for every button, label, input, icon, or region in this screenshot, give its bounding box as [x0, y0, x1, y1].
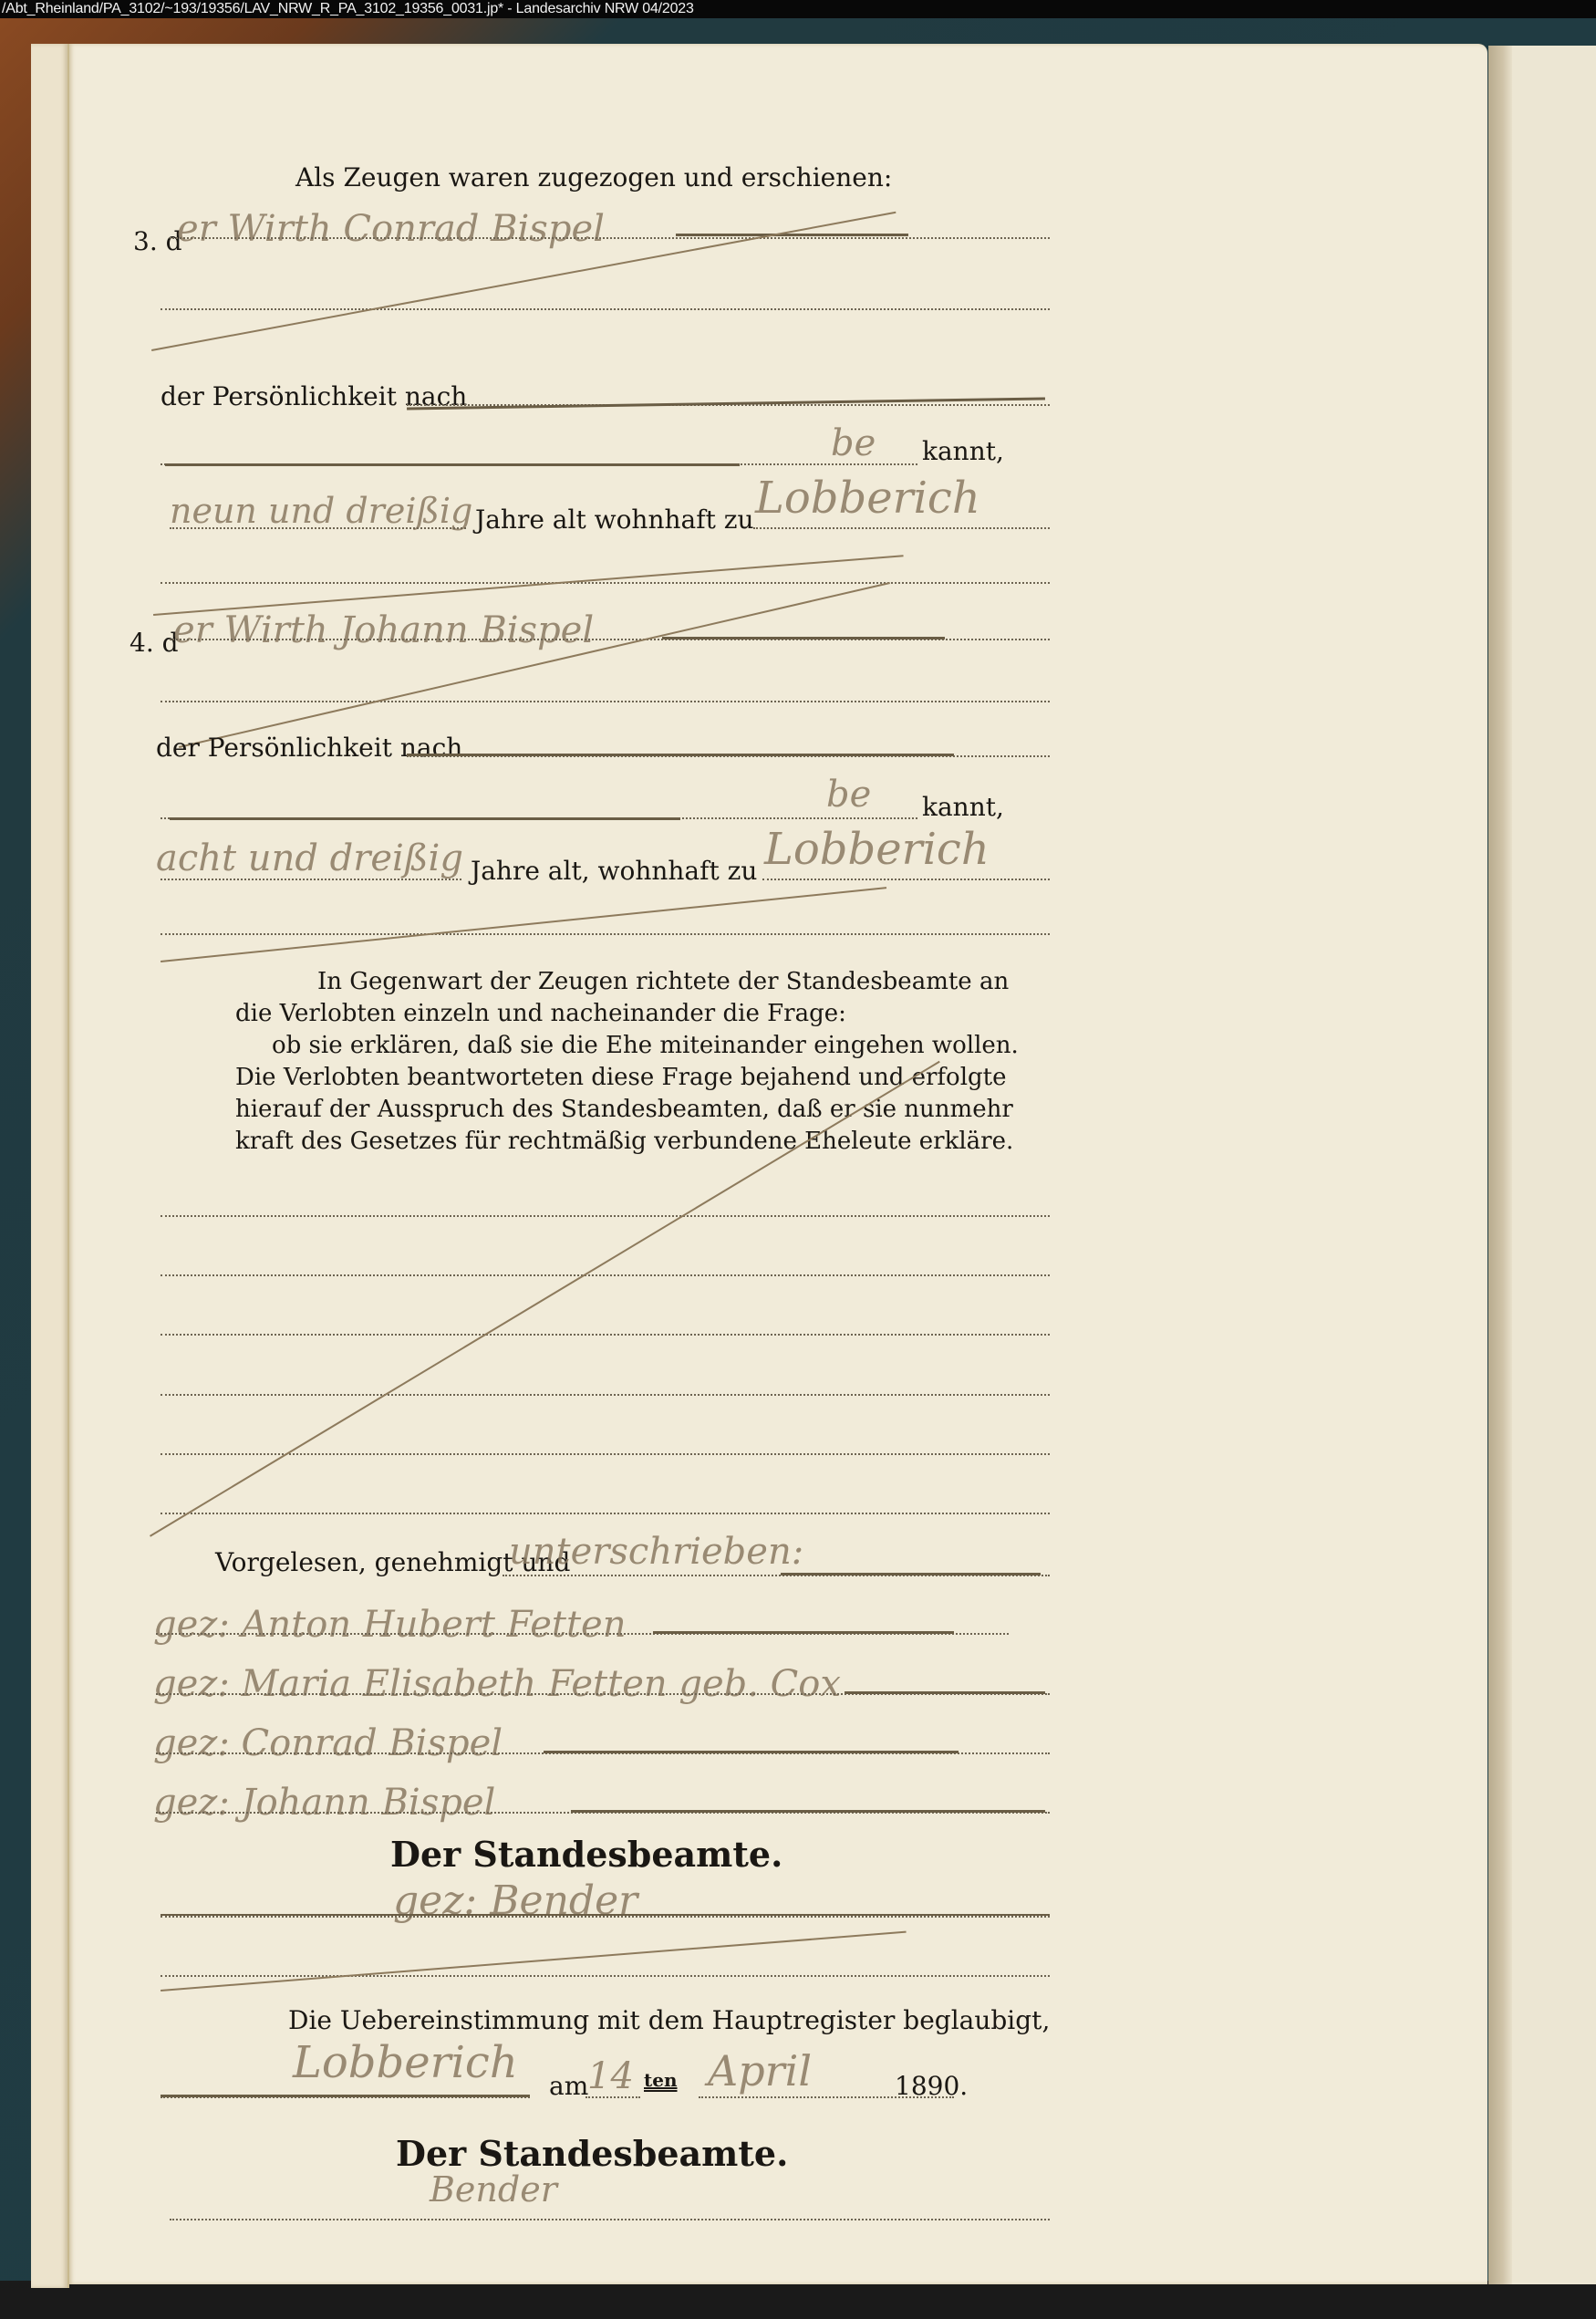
witness-4-residence: Lobberich — [764, 824, 990, 875]
signature-line: gez: Johann Bispel — [153, 1782, 495, 1824]
ceremony-line: die Verlobten einzeln und nacheinander d… — [235, 997, 846, 1030]
certification-year: 1890. — [895, 2071, 968, 2101]
page-stack-edge — [31, 44, 69, 2288]
signature-line: gez: Anton Hubert Fetten — [153, 1604, 626, 1646]
final-registrar-title: Der Standesbeamte. — [396, 2133, 788, 2174]
witness-4-age-handwritten: acht und dreißig — [156, 837, 463, 879]
witness-4-name: er Wirth Johann Bispel — [173, 609, 594, 651]
witness-3-number: 3. d — [133, 226, 182, 256]
read-approved-handwritten: unterschrieben: — [509, 1531, 803, 1573]
facing-page — [1512, 46, 1596, 2284]
final-registrar-signature: Bender — [430, 2169, 557, 2210]
witness-4-known-handwritten: be — [826, 774, 871, 816]
certification-am: am — [549, 2071, 588, 2101]
registrar-title: Der Standesbeamte. — [390, 1834, 782, 1875]
witness-4-number: 4. d — [130, 628, 179, 658]
book-gutter — [1488, 46, 1512, 2284]
window-title: /Abt_Rheinland/PA_3102/~193/19356/LAV_NR… — [0, 0, 1596, 18]
signature-line: gez: Maria Elisabeth Fetten geb. Cox — [153, 1663, 841, 1705]
certification-text: Die Uebereinstimmung mit dem Hauptregist… — [288, 2005, 1050, 2035]
certification-month: April — [708, 2046, 812, 2095]
witnesses-heading: Als Zeugen waren zugezogen und erschiene… — [295, 162, 892, 192]
witness-3-known-printed: kannt, — [922, 436, 1004, 466]
ceremony-line: hierauf der Ausspruch des Standesbeamten… — [235, 1093, 1013, 1126]
certification-ten: ten — [644, 2069, 678, 2091]
certification-day: 14 — [587, 2055, 634, 2097]
book-cover-bottom — [0, 2281, 1596, 2319]
witness-3-age-printed: Jahre alt wohnhaft zu — [475, 504, 754, 535]
witness-3-name: er Wirth Conrad Bispel — [177, 208, 605, 250]
witness-3-residence: Lobberich — [755, 473, 980, 524]
ceremony-line: ob sie erklären, daß sie die Ehe miteina… — [272, 1029, 1019, 1062]
witness-4-personality-label: der Persönlichkeit nach — [156, 733, 462, 763]
witness-4-age-printed: Jahre alt, wohnhaft zu — [471, 856, 757, 886]
ceremony-line: In Gegenwart der Zeugen richtete der Sta… — [317, 965, 1009, 998]
witness-3-age-handwritten: neun und dreißig — [170, 491, 472, 531]
signature-line: gez: Conrad Bispel — [153, 1722, 503, 1764]
witness-3-known-handwritten: be — [831, 422, 876, 464]
ceremony-line: kraft des Gesetzes für rechtmäßig verbun… — [235, 1125, 1013, 1158]
certification-place: Lobberich — [293, 2037, 518, 2088]
register-page: Als Zeugen waren zugezogen und erschiene… — [69, 44, 1487, 2284]
witness-4-known-printed: kannt, — [922, 792, 1004, 822]
